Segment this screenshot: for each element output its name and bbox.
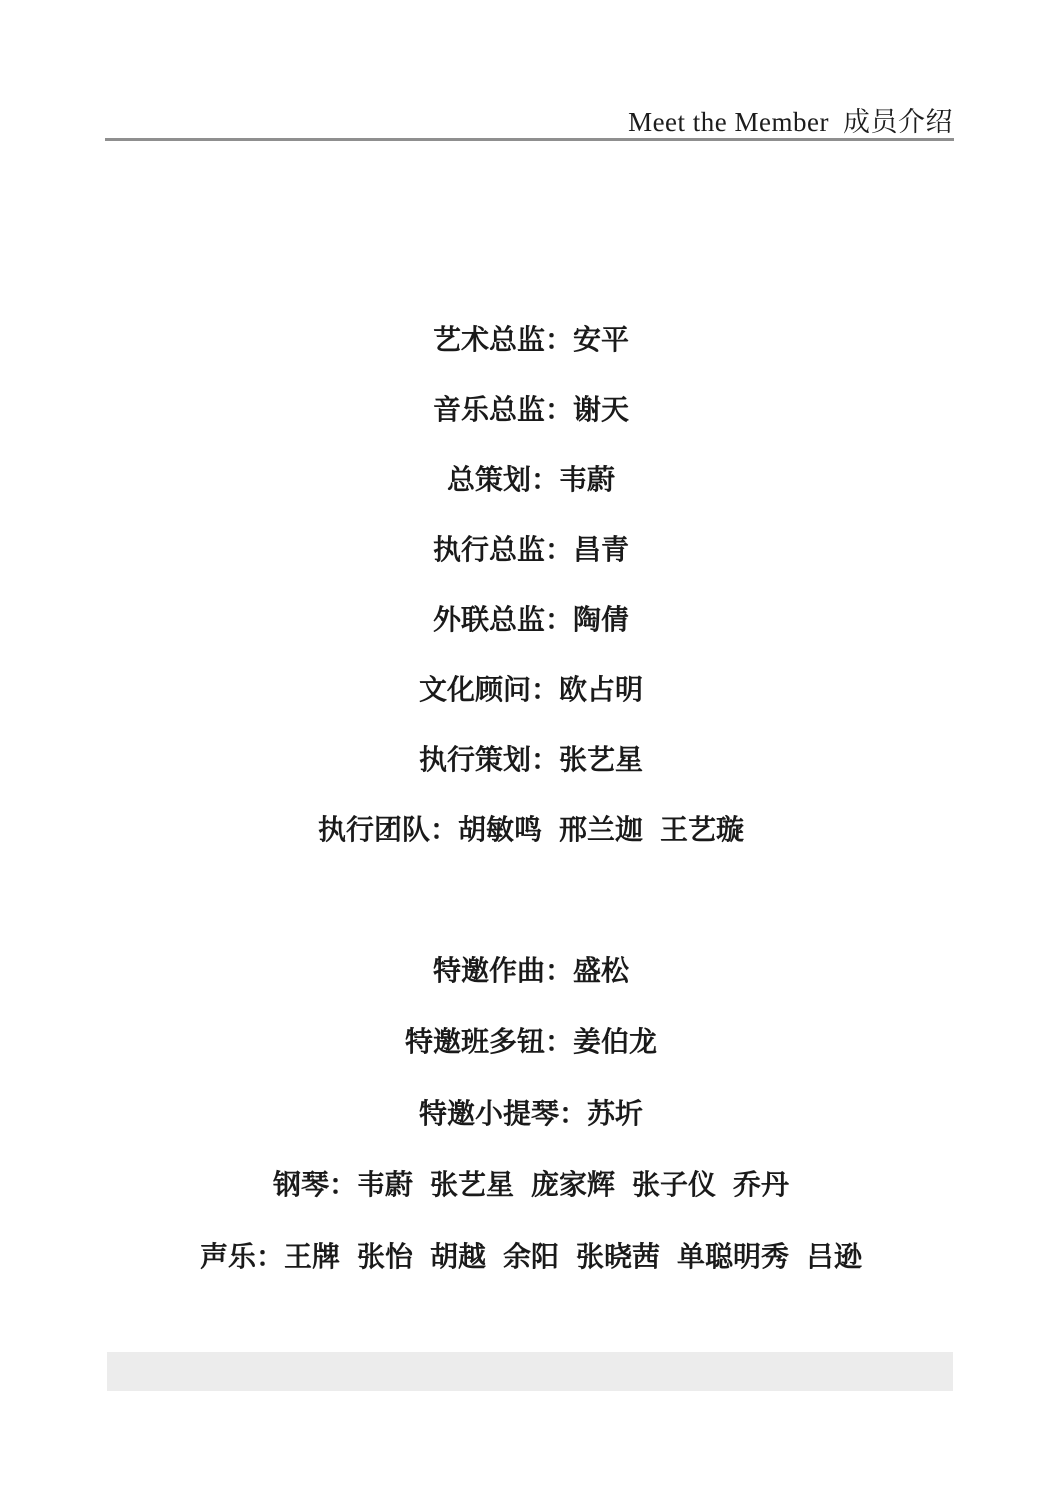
performers-group: 特邀作曲：盛松 特邀班多钮：姜伯龙 特邀小提琴：苏圻 钢琴：韦蔚 张艺星 庞家辉… [0,933,1062,1291]
credit-line-executive-director: 执行总监：昌青 [0,513,1062,583]
header-divider-line [105,138,954,141]
header-title-english: Meet the Member [628,107,829,137]
credit-role-label: 文化顾问： [419,668,559,708]
credit-line-vocals: 声乐：王牌 张怡 胡越 余阳 张晓茜 单聪明秀 吕逊 [0,1219,1062,1291]
credit-names: 韦蔚 张艺星 庞家辉 张子仪 乔丹 [357,1163,789,1203]
credit-names: 安平 [573,318,629,358]
credit-role-label: 特邀小提琴： [419,1092,587,1132]
credit-names: 张艺星 [559,738,643,778]
credit-line-executive-team: 执行团队：胡敏鸣 邢兰迦 王艺璇 [0,793,1062,863]
production-team-group: 艺术总监：安平 音乐总监：谢天 总策划：韦蔚 执行总监：昌青 外联总监：陶倩 文… [0,303,1062,863]
credit-line-guest-composer: 特邀作曲：盛松 [0,933,1062,1005]
credit-line-guest-violin: 特邀小提琴：苏圻 [0,1076,1062,1148]
credit-line-art-director: 艺术总监：安平 [0,303,1062,373]
page-header-title: Meet the Member成员介绍 [628,100,953,139]
credit-line-cultural-advisor: 文化顾问：欧占明 [0,653,1062,723]
credit-line-piano: 钢琴：韦蔚 张艺星 庞家辉 张子仪 乔丹 [0,1148,1062,1220]
credit-role-label: 外联总监： [433,598,573,638]
credit-names: 王牌 张怡 胡越 余阳 张晓茜 单聪明秀 吕逊 [284,1235,862,1275]
credit-names: 盛松 [573,949,629,989]
credit-role-label: 钢琴： [273,1163,357,1203]
credit-line-outreach-director: 外联总监：陶倩 [0,583,1062,653]
credit-names: 韦蔚 [559,458,615,498]
credit-role-label: 执行团队： [318,808,458,848]
credit-role-label: 音乐总监： [433,388,573,428]
credit-line-executive-planner: 执行策划：张艺星 [0,723,1062,793]
credit-role-label: 声乐： [200,1235,284,1275]
credit-role-label: 执行策划： [419,738,559,778]
credit-line-chief-planner: 总策划：韦蔚 [0,443,1062,513]
credit-names: 欧占明 [559,668,643,708]
credit-role-label: 艺术总监： [433,318,573,358]
credit-role-label: 执行总监： [433,528,573,568]
credit-names: 谢天 [573,388,629,428]
credit-role-label: 特邀作曲： [433,949,573,989]
credit-names: 陶倩 [573,598,629,638]
credit-role-label: 特邀班多钮： [405,1020,573,1060]
credit-line-music-director: 音乐总监：谢天 [0,373,1062,443]
credit-names: 姜伯龙 [573,1020,657,1060]
credit-role-label: 总策划： [447,458,559,498]
credit-line-guest-bandoneon: 特邀班多钮：姜伯龙 [0,1005,1062,1077]
header-title-chinese: 成员介绍 [843,107,953,137]
credit-names: 胡敏鸣 邢兰迦 王艺璇 [458,808,744,848]
credit-names: 昌青 [573,528,629,568]
credits-list: 艺术总监：安平 音乐总监：谢天 总策划：韦蔚 执行总监：昌青 外联总监：陶倩 文… [0,303,1062,1291]
credit-names: 苏圻 [587,1092,643,1132]
footer-decorative-bar [107,1352,953,1391]
program-page: Meet the Member成员介绍 艺术总监：安平 音乐总监：谢天 总策划：… [0,0,1062,1500]
